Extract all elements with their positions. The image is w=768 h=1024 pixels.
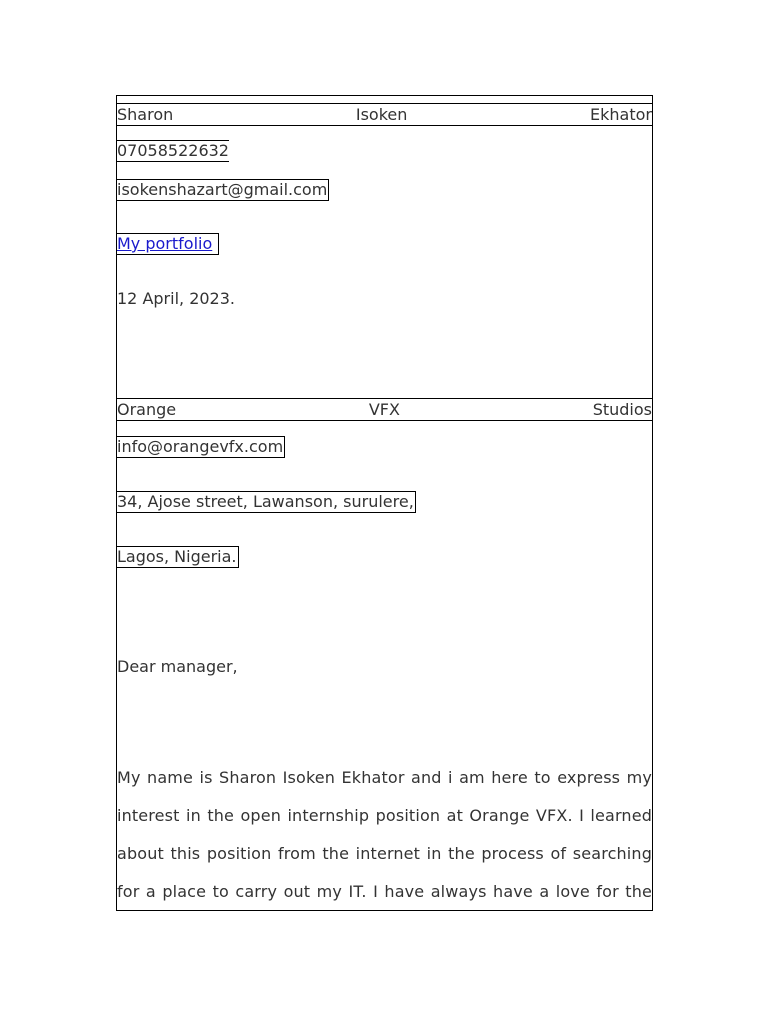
recipient-address-line2: Lagos, Nigeria. <box>117 546 239 568</box>
letter-page: Sharon Isoken Ekhator 07058522632 isoken… <box>116 95 653 911</box>
portfolio-link-box[interactable]: My portfolio <box>117 233 219 255</box>
sender-middle-name: Isoken <box>356 105 408 125</box>
sender-email: isokenshazart@gmail.com <box>117 179 329 201</box>
salutation: Dear manager, <box>117 657 238 677</box>
recipient-name-word-2: VFX <box>369 400 400 420</box>
sender-name-row: Sharon Isoken Ekhator <box>117 103 652 126</box>
body-line-2: interest in the open internship position… <box>117 806 652 826</box>
recipient-name-word-1: Orange <box>117 400 176 420</box>
sender-last-name: Ekhator <box>590 105 652 125</box>
recipient-name-row: Orange VFX Studios <box>117 398 652 421</box>
sender-phone: 07058522632 <box>117 140 229 162</box>
body-line-3: about this position from the internet in… <box>117 844 652 864</box>
recipient-name-word-3: Studios <box>593 400 652 420</box>
recipient-address-line1: 34, Ajose street, Lawanson, surulere, <box>117 491 416 513</box>
body-line-1: My name is Sharon Isoken Ekhator and i a… <box>117 768 652 788</box>
sender-first-name: Sharon <box>117 105 173 125</box>
recipient-email: info@orangevfx.com <box>117 436 285 458</box>
portfolio-link[interactable]: My portfolio <box>117 234 212 253</box>
body-line-4: for a place to carry out my IT. I have a… <box>117 882 652 902</box>
letter-date: 12 April, 2023. <box>117 289 235 309</box>
